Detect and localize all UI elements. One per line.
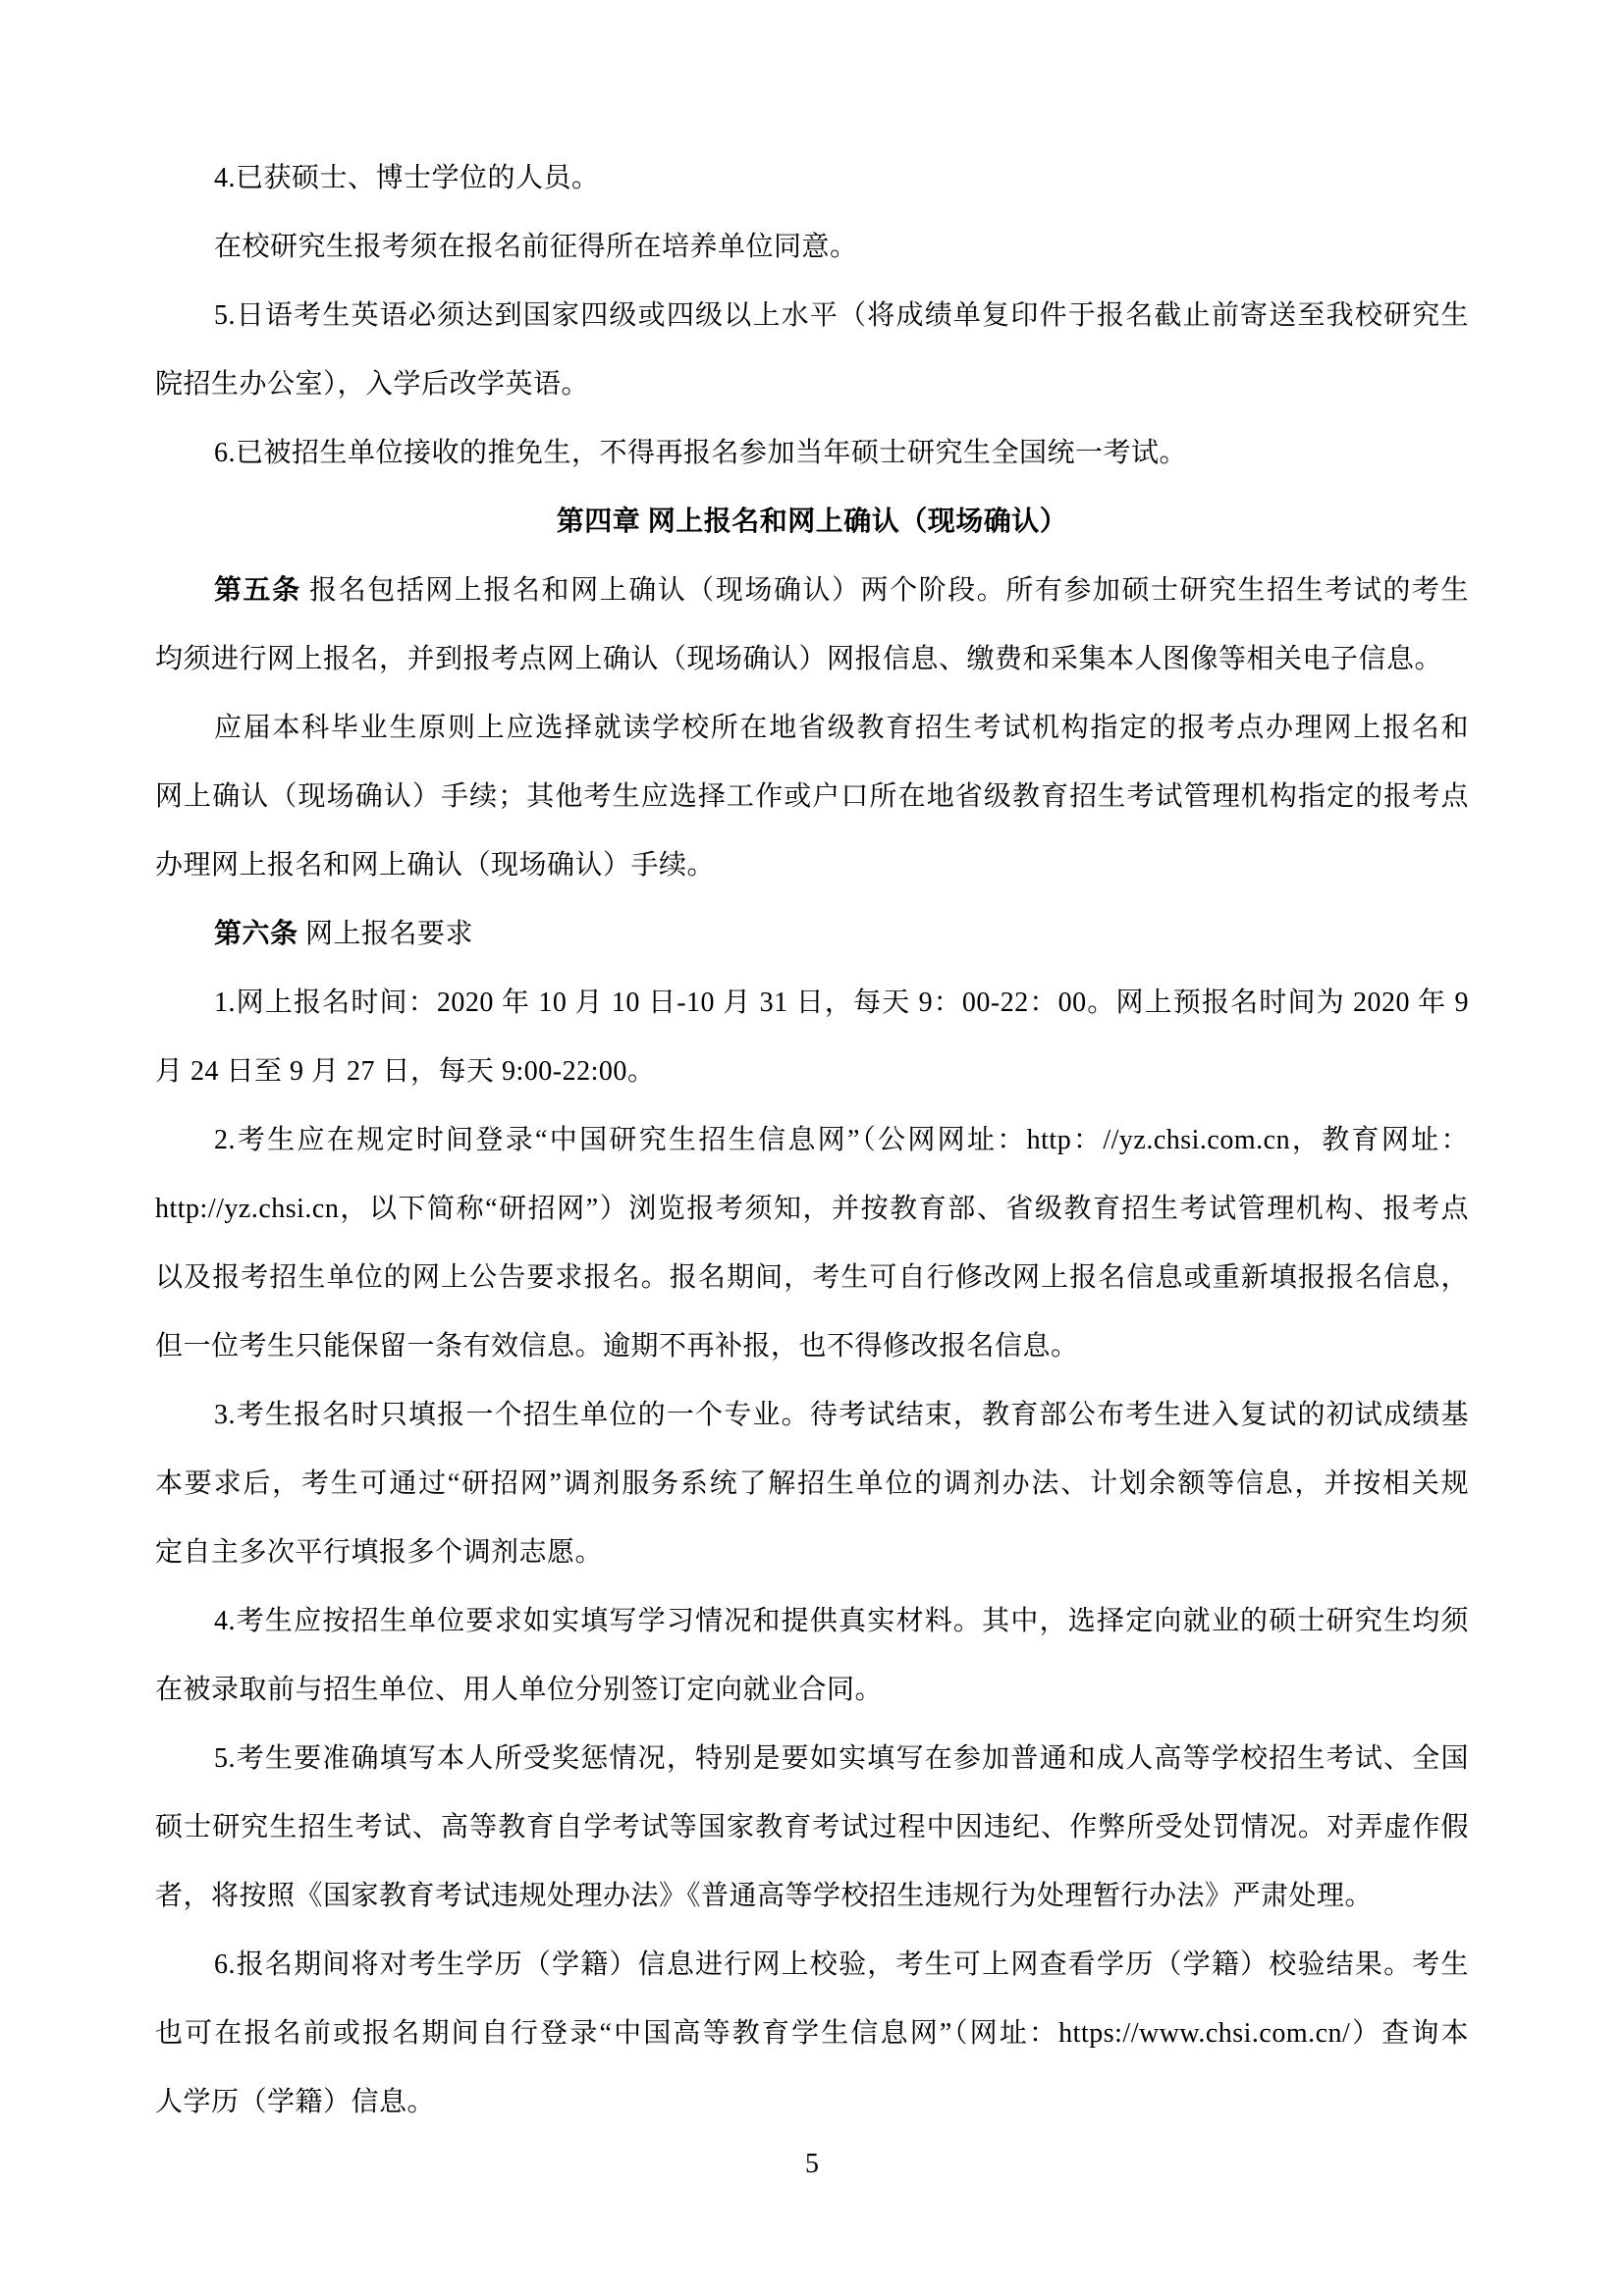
text-line: 网上确认（现场确认）手续；其他考生应选择工作或户口所在地省级教育招生考试管理机构…	[155, 763, 1469, 831]
text-line: 1.网上报名时间：2020 年 10 月 10 日-10 月 31 日，每天 9…	[155, 969, 1469, 1038]
page-number: 5	[0, 2140, 1624, 2189]
chapter-heading: 第四章 网上报名和网上确认（现场确认）	[155, 488, 1469, 557]
document-page: 4.已获硕士、博士学位的人员。在校研究生报考须在报名前征得所在培养单位同意。5.…	[0, 0, 1624, 2296]
text-line: 6.已被招生单位接收的推免生，不得再报名参加当年硕士研究生全国统一考试。	[155, 419, 1469, 488]
text-line: 5.日语考生英语必须达到国家四级或四级以上水平（将成绩单复印件于报名截止前寄送至…	[155, 282, 1469, 350]
text-line: 6.报名期间将对考生学历（学籍）信息进行网上校验，考生可上网查看学历（学籍）校验…	[155, 1931, 1469, 2000]
text-line: http://yz.chsi.cn，以下简称“研招网”）浏览报考须知，并按教育部…	[155, 1175, 1469, 1244]
article-number: 第六条	[214, 919, 298, 949]
text-line: 3.考生报名时只填报一个招生单位的一个专业。待考试结束，教育部公布考生进入复试的…	[155, 1381, 1469, 1450]
text-line: 定自主多次平行填报多个调剂志愿。	[155, 1519, 1469, 1587]
text-line: 2.考生应在规定时间登录“中国研究生招生信息网”（公网网址：http：//yz.…	[155, 1106, 1469, 1175]
text-line: 者，将按照《国家教育考试违规处理办法》《普通高等学校招生违规行为处理暂行办法》严…	[155, 1862, 1469, 1931]
text-line: 在被录取前与招生单位、用人单位分别签订定向就业合同。	[155, 1656, 1469, 1725]
text-line: 但一位考生只能保留一条有效信息。逾期不再补报，也不得修改报名信息。	[155, 1312, 1469, 1381]
text-line: 办理网上报名和网上确认（现场确认）手续。	[155, 831, 1469, 900]
text-line: 应届本科毕业生原则上应选择就读学校所在地省级教育招生考试机构指定的报考点办理网上…	[155, 694, 1469, 763]
text-line: 也可在报名前或报名期间自行登录“中国高等教育学生信息网”（网址：https://…	[155, 2000, 1469, 2068]
text-line: 院招生办公室），入学后改学英语。	[155, 350, 1469, 419]
text-line: 4.考生应按招生单位要求如实填写学习情况和提供真实材料。其中，选择定向就业的硕士…	[155, 1587, 1469, 1656]
text-block: 4.已获硕士、博士学位的人员。在校研究生报考须在报名前征得所在培养单位同意。5.…	[155, 144, 1469, 2137]
text-line: 第六条 网上报名要求	[155, 900, 1469, 969]
text-line: 月 24 日至 9 月 27 日，每天 9:00-22:00。	[155, 1038, 1469, 1106]
text-line: 以及报考招生单位的网上公告要求报名。报名期间，考生可自行修改网上报名信息或重新填…	[155, 1244, 1469, 1312]
text-line: 第五条 报名包括网上报名和网上确认（现场确认）两个阶段。所有参加硕士研究生招生考…	[155, 557, 1469, 625]
text-line: 5.考生要准确填写本人所受奖惩情况，特别是要如实填写在参加普通和成人高等学校招生…	[155, 1725, 1469, 1793]
article-number: 第五条	[214, 575, 301, 606]
text-line: 在校研究生报考须在报名前征得所在培养单位同意。	[155, 213, 1469, 282]
text-line: 均须进行网上报名，并到报考点网上确认（现场确认）网报信息、缴费和采集本人图像等相…	[155, 625, 1469, 694]
text-line: 人学历（学籍）信息。	[155, 2068, 1469, 2137]
text-line: 4.已获硕士、博士学位的人员。	[155, 144, 1469, 213]
text-line: 本要求后，考生可通过“研招网”调剂服务系统了解招生单位的调剂办法、计划余额等信息…	[155, 1450, 1469, 1519]
text-line: 硕士研究生招生考试、高等教育自学考试等国家教育考试过程中因违纪、作弊所受处罚情况…	[155, 1793, 1469, 1862]
